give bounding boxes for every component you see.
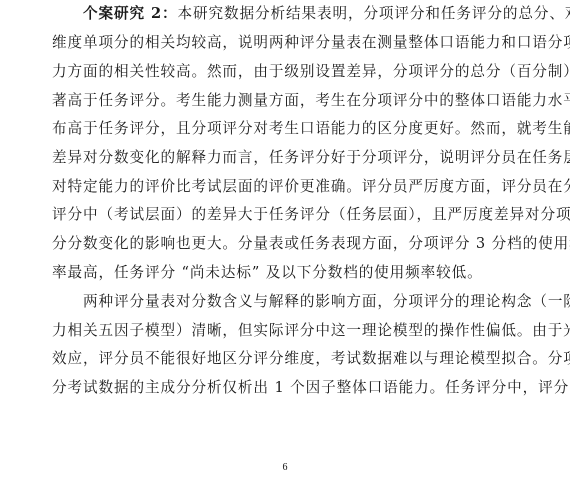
paragraph-1-line-3: 力方面的相关性较高。然而，由于级别设置差异，分项评分的总分（百分制） 显 [52,62,570,82]
paragraph-1-line-5: 布高于任务评分，且分项评分对考生口语能力的区分度更好。然而，就考生能力 [52,119,570,139]
paragraph-2-line-2: 力相关五因子模型）清晰，但实际评分中这一理论模型的操作性偏低。由于光环 [52,321,570,341]
paragraph-1-line-4: 著高于任务评分。考生能力测量方面，考生在分项评分中的整体口语能力水平分 [52,91,570,111]
paragraph-2-line-3: 效应，评分员不能很好地区分评分维度，考试数据难以与理论模型拟合。分项评 [52,349,570,369]
paragraph-1-line-6: 差异对分数变化的解释力而言，任务评分好于分项评分，说明评分员在任务层面 [52,148,570,168]
paragraph-text: 本研究数据分析结果表明，分项评分和任务评分的总分、对应 [178,5,570,22]
paragraph-1-line-10: 率最高，任务评分 “尚未达标” 及以下分数档的使用频率较低。 [52,263,483,283]
page-number: 6 [0,462,570,473]
paragraph-1-line-2: 维度单项分的相关均较高，说明两种评分量表在测量整体口语能力和口语分项能 [52,33,570,53]
paragraph-2-line-4: 分考试数据的主成分分析仅析出 1 个因子整体口语能力。任务评分中，评分员对 [52,378,570,398]
paragraph-2-line-1: 两种评分量表对分数含义与解释的影响方面，分项评分的理论构念（一阶能 [83,292,570,312]
case-study-heading: 个案研究 2： [83,5,178,22]
paragraph-1-line-8: 评分中（考试层面）的差异大于任务评分（任务层面），且严厉度差异对分项评 [52,205,570,225]
paragraph-1-line-1: 个案研究 2：本研究数据分析结果表明，分项评分和任务评分的总分、对应 [83,4,570,24]
paragraph-1-line-7: 对特定能力的评价比考试层面的评价更准确。评分员严厉度方面，评分员在分项 [52,177,570,197]
paragraph-1-line-9: 分分数变化的影响也更大。分量表或任务表现方面，分项评分 3 分档的使用频 [52,234,570,254]
